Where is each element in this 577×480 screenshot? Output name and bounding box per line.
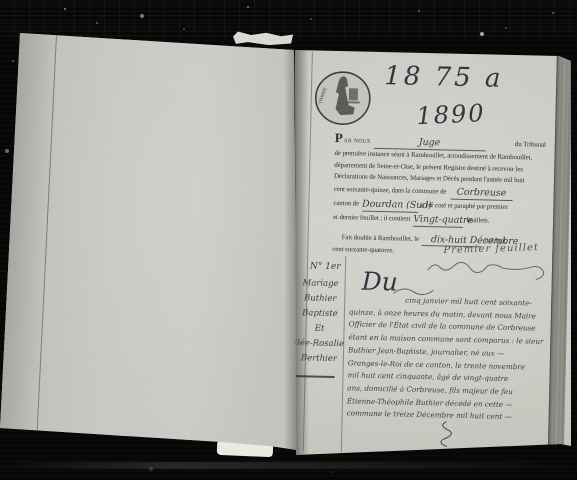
page-block-edge bbox=[548, 55, 573, 457]
canton-handwritten-entry: Dourdan (Sud) bbox=[362, 199, 432, 212]
canton-label: canton de bbox=[333, 200, 359, 208]
timbre-stamp-icon: TIMBRE bbox=[308, 69, 377, 129]
printed-register-heading: PAR NOUSJugedu Tribunal de première inst… bbox=[332, 132, 546, 261]
margin-line-baptiste: Baptiste bbox=[293, 306, 347, 322]
scanned-register-photo: TIMBRE 18 75 a 1890 PAR NOUSJugedu Tribu… bbox=[0, 0, 577, 480]
juge-handwritten-entry: Juge bbox=[419, 137, 440, 148]
film-scratch-texture bbox=[0, 0, 577, 36]
signature-scrawl bbox=[424, 258, 557, 287]
feuillets-count-handwritten: Vingt-quatre bbox=[413, 214, 473, 226]
margin-line-buthier: Buthier bbox=[293, 291, 347, 307]
left-blank-page bbox=[0, 28, 298, 452]
drop-cap: P bbox=[335, 132, 343, 144]
registry-number-annotation: 18 75 a bbox=[384, 61, 504, 94]
margin-line-berthier: Berthier bbox=[292, 351, 346, 367]
act-number: N° 1er bbox=[310, 261, 341, 272]
year-annotation: 1890 bbox=[416, 99, 486, 130]
fait-double-label: Fait double à Rambouillet, le bbox=[342, 234, 419, 243]
commune-handwritten-entry: Corbreuse bbox=[457, 187, 507, 199]
du-tribunal-label: du Tribunal bbox=[515, 139, 546, 151]
underlying-page-edge-line bbox=[37, 35, 57, 431]
register-act-page: TIMBRE 18 75 a 1890 PAR NOUSJugedu Tribu… bbox=[293, 45, 573, 465]
commune-label: cent soixante-quinze, dans la commune de bbox=[334, 186, 447, 196]
page-content: TIMBRE 18 75 a 1890 PAR NOUSJugedu Tribu… bbox=[283, 45, 572, 471]
film-grain-specks bbox=[0, 0, 2, 2]
margin-line-rosalie: ilée-Rosalie bbox=[292, 336, 346, 352]
act-margin-title: Mariage Buthier Baptiste Et ilée-Rosalie… bbox=[292, 276, 348, 367]
film-streak bbox=[0, 462, 577, 469]
act-body-text: cinq janvier mil huit cent soixante- qui… bbox=[346, 293, 546, 424]
margin-line-mariage: Mariage bbox=[293, 276, 347, 292]
par-nous-label: AR NOUS bbox=[344, 136, 371, 148]
margin-horizontal-rule bbox=[293, 375, 334, 378]
paraph-flourish bbox=[434, 419, 455, 447]
margin-line-et: Et bbox=[292, 321, 346, 337]
contient-label: et dernier feuillet ; il contient bbox=[333, 214, 410, 223]
cote-paraphe-text: a été coté et paraphé par premier bbox=[421, 202, 508, 211]
